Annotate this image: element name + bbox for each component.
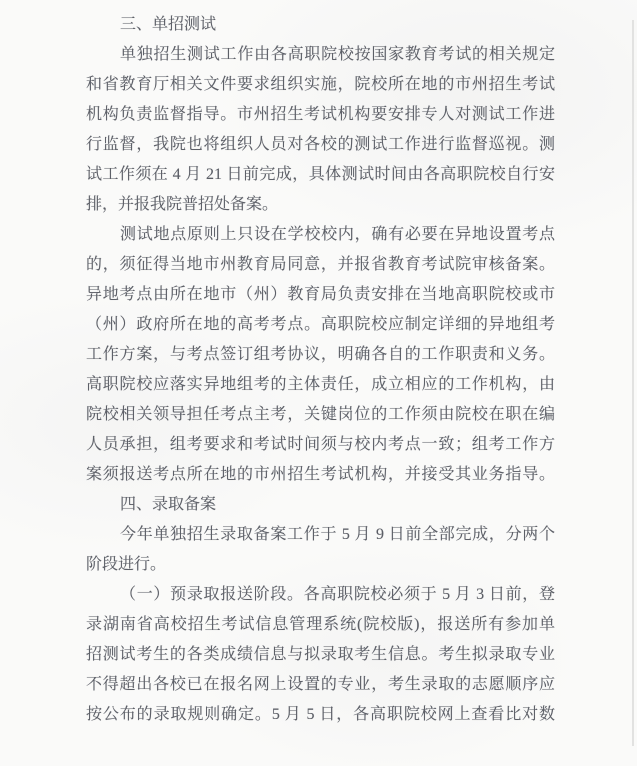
document-line: 招测试考生的各类成绩信息与拟录取考生信息。考生拟录取专业 xyxy=(86,640,555,670)
document-line: 不得超出各校已在报名网上设置的专业，考生录取的志愿顺序应 xyxy=(86,670,555,700)
document-line: 阶段进行。 xyxy=(86,550,555,580)
document-line: 院校相关领导担任考点主考，关键岗位的工作须由院校在职在编 xyxy=(86,400,555,430)
document-line: 案须报送考点所在地的市州招生考试机构，并接受其业务指导。 xyxy=(86,460,555,490)
section-heading: 四、录取备案 xyxy=(86,490,555,520)
document-line: 录湖南省高校招生考试信息管理系统(院校版)，报送所有参加单 xyxy=(86,610,555,640)
section-heading: 三、单招测试 xyxy=(86,10,555,40)
document-line: 人员承担，组考要求和考试时间须与校内考点一致；组考工作方 xyxy=(86,430,555,460)
document-line: 工作方案，与考点签订组考协议，明确各自的工作职责和义务。 xyxy=(86,340,555,370)
document-line: 和省教育厅相关文件要求组织实施，院校所在地的市州招生考试 xyxy=(86,70,555,100)
document-line: 异地考点由所在地市（州）教育局负责安排在当地高职院校或市 xyxy=(86,280,555,310)
document-line: 排，并报我院普招处备案。 xyxy=(86,190,555,220)
document-line: （州）政府所在地的高考考点。高职院校应制定详细的异地组考 xyxy=(86,310,555,340)
document-line: 今年单独招生录取备案工作于 5 月 9 日前全部完成，分两个 xyxy=(86,520,555,550)
document-line: 的，须征得当地市州教育局同意，并报省教育考试院审核备案。 xyxy=(86,250,555,280)
document-line: 行监督，我院也将组织人员对各校的测试工作进行监督巡视。测 xyxy=(86,130,555,160)
document-text-block: 三、单招测试单独招生测试工作由各高职院校按国家教育考试的相关规定和省教育厅相关文… xyxy=(86,10,555,730)
document-line: 试工作须在 4 月 21 日前完成，具体测试时间由各高职院校自行安 xyxy=(86,160,555,190)
document-line: （一）预录取报送阶段。各高职院校必须于 5 月 3 日前，登 xyxy=(86,580,555,610)
document-line: 按公布的录取规则确定。5 月 5 日，各高职院校网上查看比对数 xyxy=(86,700,555,730)
page-scan-edge-line xyxy=(632,20,634,746)
scanned-document-page: 三、单招测试单独招生测试工作由各高职院校按国家教育考试的相关规定和省教育厅相关文… xyxy=(0,0,637,766)
document-line: 测试地点原则上只设在学校校内，确有必要在异地设置考点 xyxy=(86,220,555,250)
document-line: 高职院校应落实异地组考的主体责任，成立相应的工作机构，由 xyxy=(86,370,555,400)
document-line: 机构负责监督指导。市州招生考试机构要安排专人对测试工作进 xyxy=(86,100,555,130)
document-line: 单独招生测试工作由各高职院校按国家教育考试的相关规定 xyxy=(86,40,555,70)
